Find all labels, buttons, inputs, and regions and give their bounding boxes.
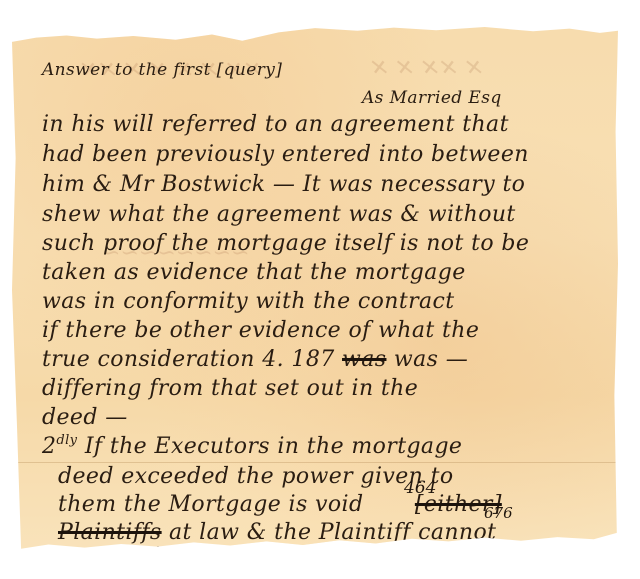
manuscript-line: deed — [42, 405, 128, 430]
manuscript-line: if there be other evidence of what the [42, 318, 479, 343]
manuscript-line: differing from that set out in the [42, 376, 418, 401]
manuscript-line: shew what the agreement was & without [42, 202, 516, 227]
line-text: them the Mortgage is void [58, 492, 363, 517]
struck-word: was [342, 347, 386, 372]
manuscript-line: deed exceeded the power given to [58, 464, 454, 489]
reference-number: 4. 187 [262, 347, 334, 372]
manuscript-line: him & Mr Bostwick — It was necessary to [42, 172, 525, 197]
manuscript-page: ✕✕ ✕ ✕ ✕ ✕ ✕✕ ✕ ✕✕ ✕ ✕ ~~~~~~~~ Answer t… [12, 26, 618, 554]
margin-number-676: 676 [484, 504, 513, 522]
manuscript-line: recover in this action — [58, 544, 334, 569]
manuscript-line: was in conformity with the contract [42, 289, 455, 314]
manuscript-line: Plaintiffs at law & the Plaintiff cannot [58, 520, 496, 545]
struck-word: Plaintiffs [58, 520, 162, 545]
line-text: was — [394, 347, 468, 372]
line-text: cannot [418, 520, 496, 545]
manuscript-line: such proof the mortgage itself is not to… [42, 231, 529, 256]
heading-text: Answer to the first [query] [42, 60, 282, 80]
manuscript-line: had been previously entered into between [42, 142, 529, 167]
margin-number-464: 464 [404, 478, 436, 498]
manuscript-line: in his will referred to an agreement tha… [42, 112, 509, 137]
manuscript-line: taken as evidence that the mortgage [42, 260, 466, 285]
bleed-through-mark: ✕ ✕✕ ✕ ✕ [372, 56, 485, 81]
manuscript-line: true consideration 4. 187 was was — [42, 347, 468, 372]
manuscript-line: 2dly If the Executors in the mortgage [42, 434, 462, 459]
attribution-text: As Married Esq [362, 88, 502, 108]
ordinal-number: 2 [42, 434, 56, 459]
ordinal-suffix: dly [56, 433, 77, 448]
line-text: at law & the Plaintiff [169, 520, 411, 545]
paper-fold-line [12, 462, 618, 463]
line-text: true consideration [42, 347, 255, 372]
line-text: If the Executors in the mortgage [85, 434, 463, 459]
